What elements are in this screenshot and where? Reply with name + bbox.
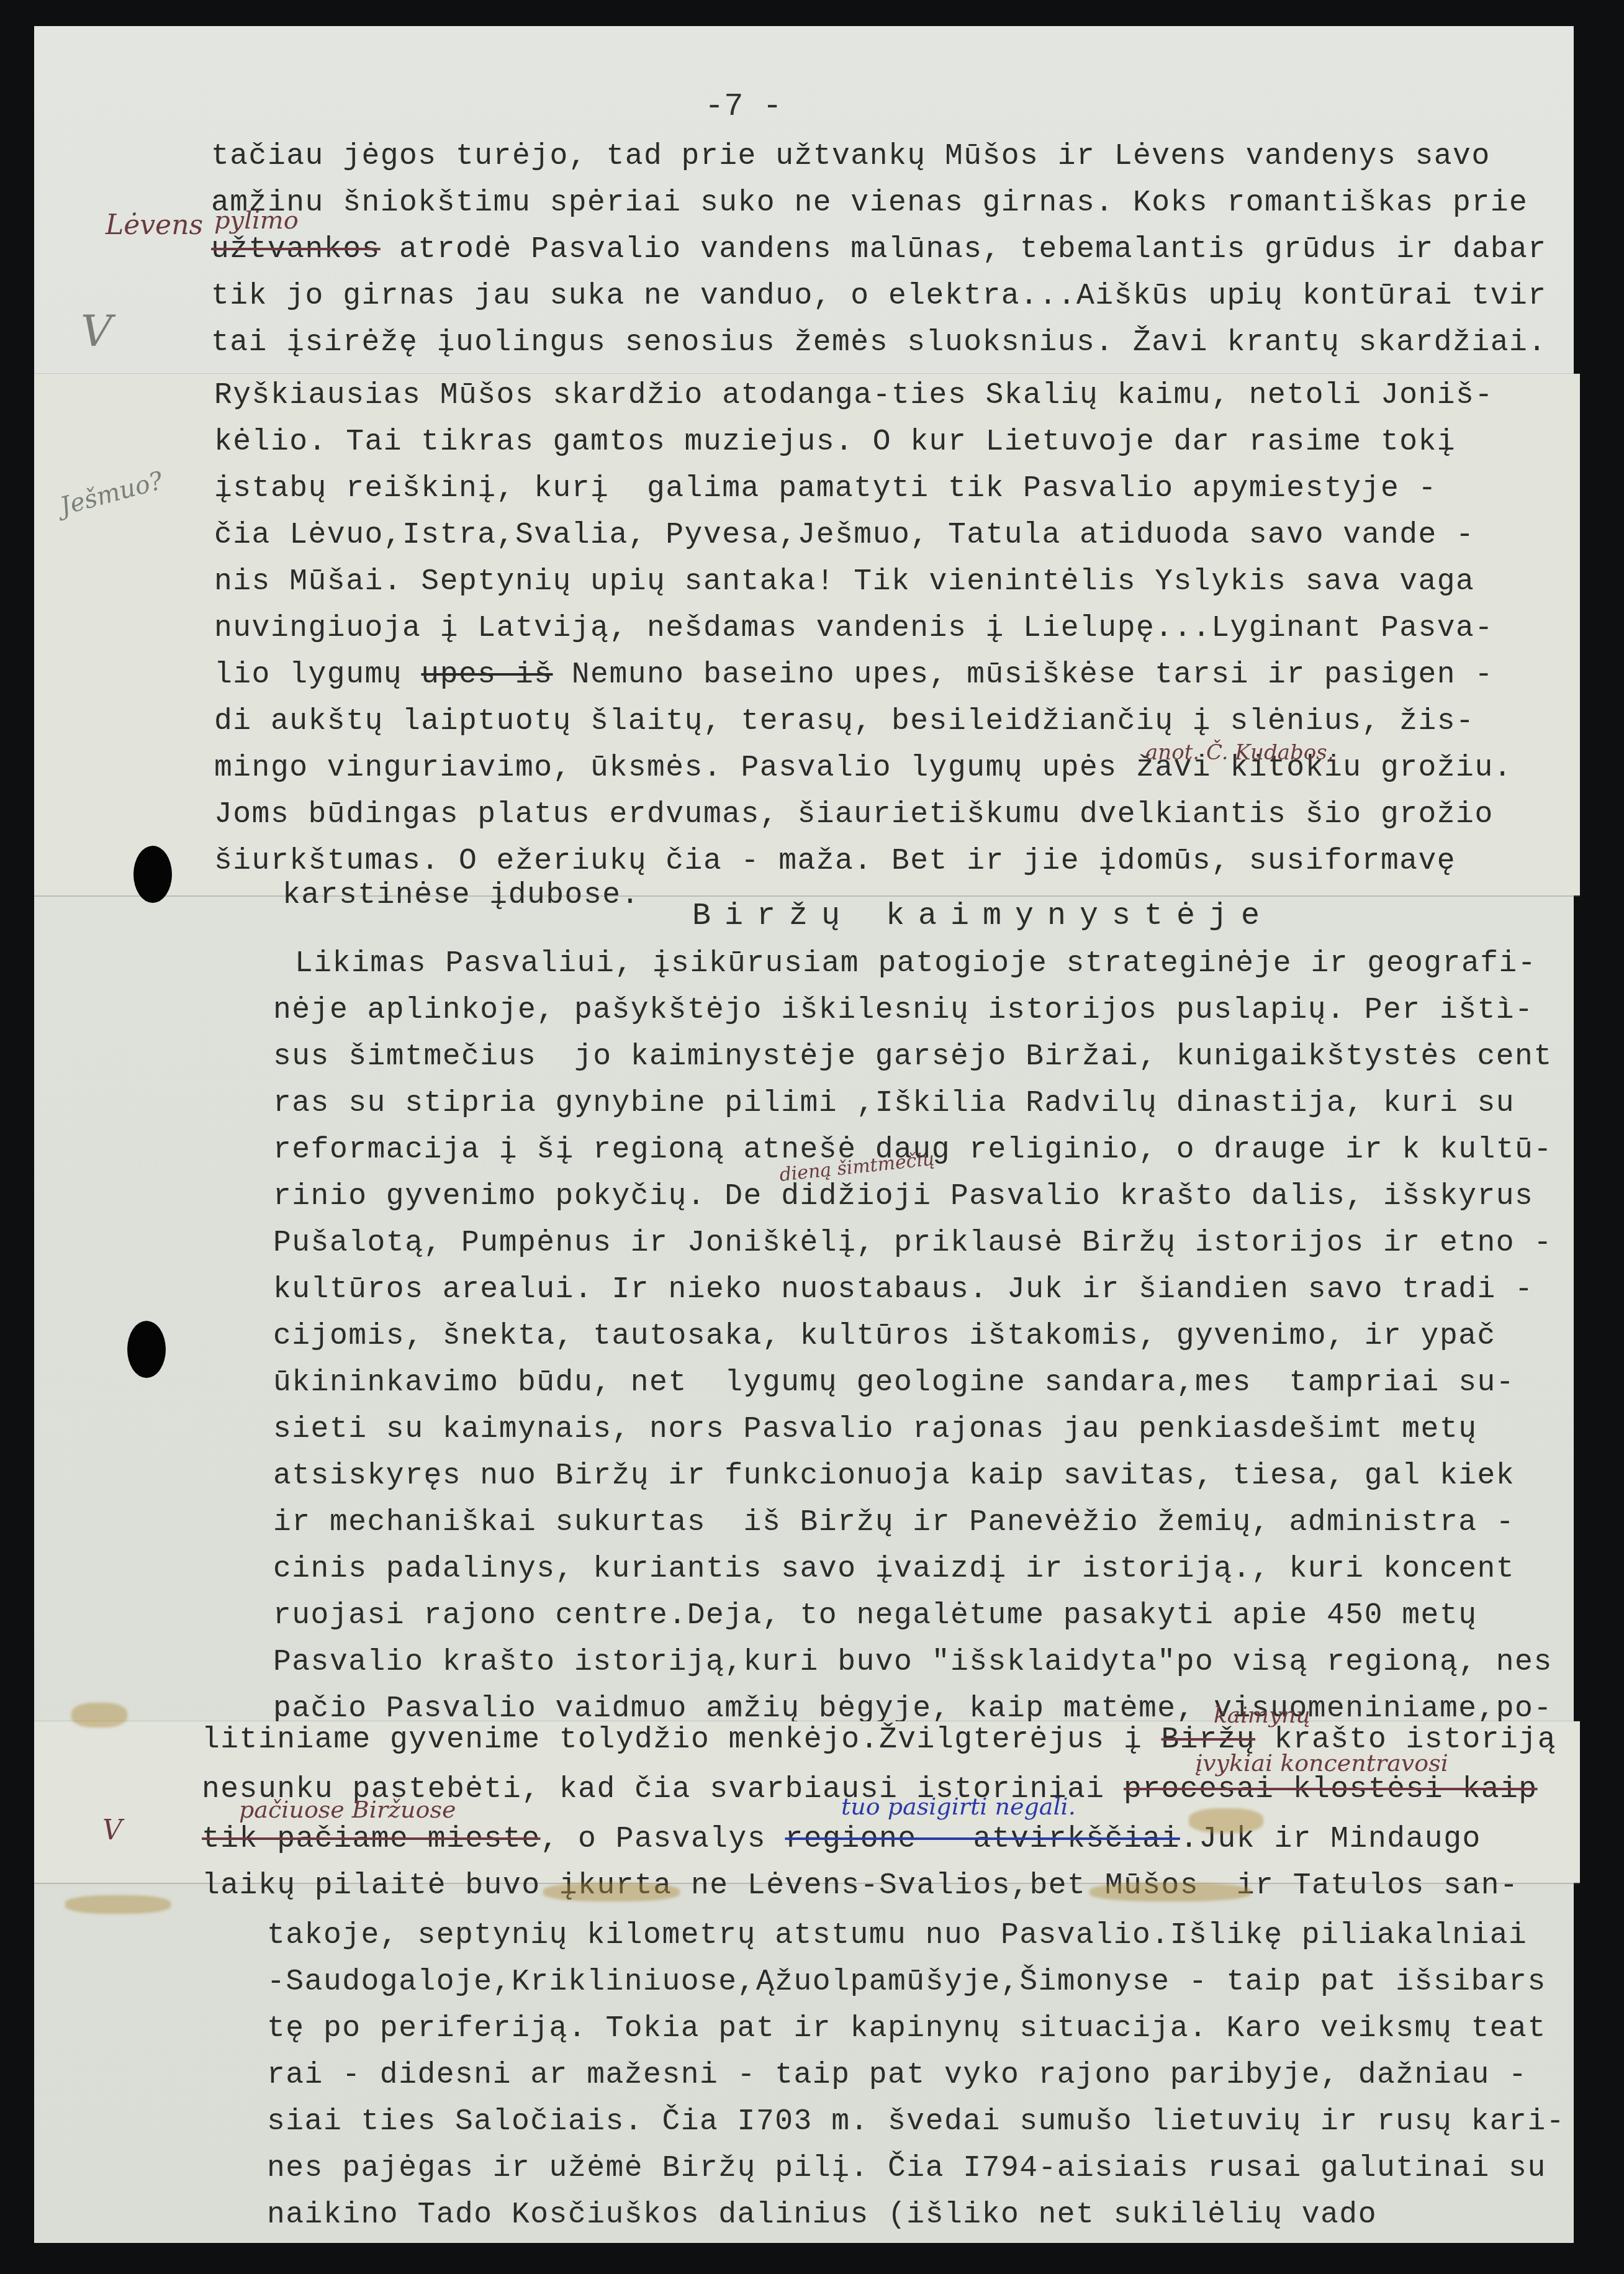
text-line: įstabų reiškinį, kurį galima pamatyti ti… — [214, 470, 1437, 507]
text-line: lio lygumų upes iš Nemuno baseino upes, … — [214, 656, 1494, 694]
text-line: nis Mūšai. Septynių upių santaka! Tik vi… — [214, 563, 1474, 600]
punch-hole — [133, 846, 172, 903]
interlinear-note: pačiuose Biržuose — [239, 1796, 456, 1823]
text-line: Pasvalio krašto istoriją,kuri buvo "išsk… — [273, 1644, 1553, 1681]
text-line: tačiau jėgos turėjo, tad prie užtvankų M… — [211, 138, 1491, 175]
text-line: Joms būdingas platus erdvumas, šiaurieti… — [214, 796, 1494, 833]
text-line: ras su stipria gynybine pilimi ,Iškilia … — [273, 1085, 1515, 1122]
text-rest: atrodė Pasvalio vandens malūnas, tebemal… — [381, 233, 1547, 266]
struck-word: procesai klostėsi kaip — [1124, 1773, 1538, 1806]
text-line: ruojasi rajono centre.Deja, to negalėtum… — [273, 1597, 1477, 1634]
margin-note: Lėvens — [106, 209, 203, 241]
text-line: rinio gyvenimo pokyčių. De didžioji Pasv… — [273, 1178, 1533, 1215]
text-line: užtvankos atrodė Pasvalio vandens malūna… — [211, 231, 1547, 268]
text-line: cijomis, šnekta, tautosaka, kultūros išt… — [273, 1318, 1496, 1355]
text-line: rai - didesni ar mažesni - taip pat vyko… — [267, 2057, 1527, 2094]
text-line: tai įsirėžę įuolingus senosius žemės slu… — [211, 324, 1547, 361]
text-line: cinis padalinys, kuriantis savo įvaizdį … — [273, 1551, 1515, 1588]
struck-word: tik pačiame mieste — [202, 1823, 540, 1856]
text-line: čia Lėvuo,Istra,Svalia, Pyvesa,Ješmuo, T… — [214, 517, 1474, 554]
text-line: siai ties Saločiais. Čia I703 m. švedai … — [267, 2103, 1565, 2140]
text-line: sus šimtmečius jo kaiminystėje garsėjo B… — [273, 1038, 1553, 1076]
text-line: naikino Tado Kosčiuškos dalinius (išliko… — [267, 2196, 1377, 2234]
interlinear-note: įvykiai koncentravosi — [1195, 1749, 1448, 1777]
interlinear-note: anot. Č. Kudabos, — [1145, 740, 1333, 765]
margin-mark: V — [81, 306, 112, 356]
stain — [543, 1883, 680, 1901]
text-line: ir mechaniškai sukurtas iš Biržų ir Pane… — [273, 1504, 1515, 1541]
margin-mark: V — [102, 1814, 122, 1846]
stain — [71, 1703, 127, 1728]
text-line: Ryškiausias Mūšos skardžio atodanga-ties… — [214, 377, 1494, 414]
text-line: sieti su kaimynais, nors Pasvalio rajona… — [273, 1411, 1477, 1448]
page-number: -7 - — [705, 88, 782, 125]
text-line: laikų pilaitė buvo įkurta ne Lėvens-Sval… — [202, 1867, 1518, 1905]
document-page: -7 - tačiau jėgos turėjo, tad prie užtva… — [34, 26, 1574, 2243]
text-line: di aukštų laiptuotų šlaitų, terasų, besi… — [214, 703, 1474, 740]
text-line: tik pačiame mieste, o Pasvalys regione -… — [202, 1821, 1481, 1858]
text-line: karstinėse įdubose. — [282, 877, 640, 914]
stain — [1089, 1883, 1251, 1901]
interlinear-note: pylimo — [214, 206, 299, 235]
text-line: takoje, septynių kilometrų atstumu nuo P… — [267, 1917, 1527, 1954]
text-line: tik jo girnas jau suka ne vanduo, o elek… — [211, 278, 1547, 315]
text-line: Pušalotą, Pumpėnus ir Joniškėlį, priklau… — [273, 1225, 1553, 1262]
stain — [65, 1895, 171, 1914]
punch-hole — [127, 1321, 166, 1378]
text-line: tę po periferiją. Tokia pat ir kapinynų … — [267, 2010, 1546, 2047]
stain — [1189, 1808, 1263, 1833]
text-line: kėlio. Tai tikras gamtos muziejus. O kur… — [214, 424, 1456, 461]
text-line: nėje aplinkoje, pašykštėjo iškilesnių is… — [273, 992, 1533, 1029]
section-heading: Biržų kaimynystėje — [692, 899, 1273, 934]
text-line: nuvingiuoja į Latviją, nešdamas vandenis… — [214, 610, 1494, 647]
struck-word: užtvankos — [211, 233, 381, 266]
text-line: Likimas Pasvaliui, įsikūrusiam patogioje… — [295, 945, 1536, 982]
text-line: ūkininkavimo būdu, net lygumų geologine … — [273, 1364, 1515, 1402]
text-line: nes pajėgas ir užėmė Biržų pilį. Čia I79… — [267, 2150, 1546, 2187]
struck-word: upes iš — [421, 658, 553, 692]
interlinear-note: tuo pasigirti negali. — [841, 1793, 1076, 1820]
interlinear-note: kaimynų — [1214, 1703, 1310, 1728]
struck-word: regione - atvirkščiai — [785, 1823, 1180, 1856]
text-line: kultūros arealui. Ir nieko nuostabaus. J… — [273, 1271, 1533, 1308]
text-line: šiurkštumas. O ežeriukų čia - maža. Bet … — [214, 843, 1456, 880]
text-line: atsiskyręs nuo Biržų ir funkcionuoja kai… — [273, 1457, 1515, 1495]
text-line: -Saudogaloje,Krikliniuose,Ąžuolpamūšyje,… — [267, 1964, 1546, 2001]
text-line: amžinu šniokštimu spėriai suko ne vienas… — [211, 184, 1528, 222]
